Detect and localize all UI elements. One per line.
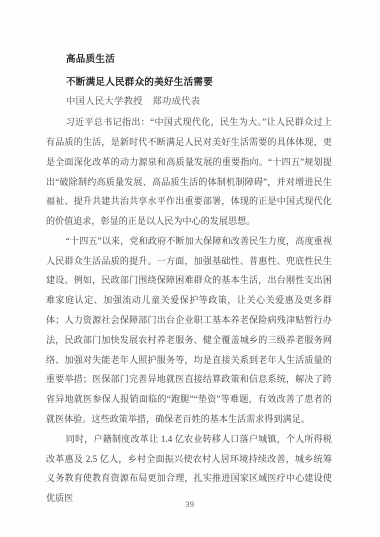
paragraph: “十四五”以来，党和政府不断加大保障和改善民生力度，高度重视人民群众生活品质的提…: [46, 232, 332, 430]
paragraph: 同时，户籍制度改革让 1.4 亿农业转移人口落户城镇，个人所得税改革惠及 2.5…: [46, 430, 332, 509]
section-label: 高品质生活: [46, 51, 332, 71]
article-body: 习近平总书记指出：“中国式现代化，民生为大。”让人民群众过上有品质的生活，是新时…: [46, 113, 332, 509]
page-number: 39: [0, 500, 380, 509]
page-content: 高品质生活 不断满足人民群众的美好生活需要 中国人民大学教授 郑功成代表 习近平…: [46, 51, 332, 509]
document-page: 高品质生活 不断满足人民群众的美好生活需要 中国人民大学教授 郑功成代表 习近平…: [0, 0, 380, 537]
author-byline: 中国人民大学教授 郑功成代表: [46, 93, 332, 113]
paragraph: 习近平总书记指出：“中国式现代化，民生为大。”让人民群众过上有品质的生活，是新时…: [46, 113, 332, 232]
article-title: 不断满足人民群众的美好生活需要: [46, 74, 332, 94]
